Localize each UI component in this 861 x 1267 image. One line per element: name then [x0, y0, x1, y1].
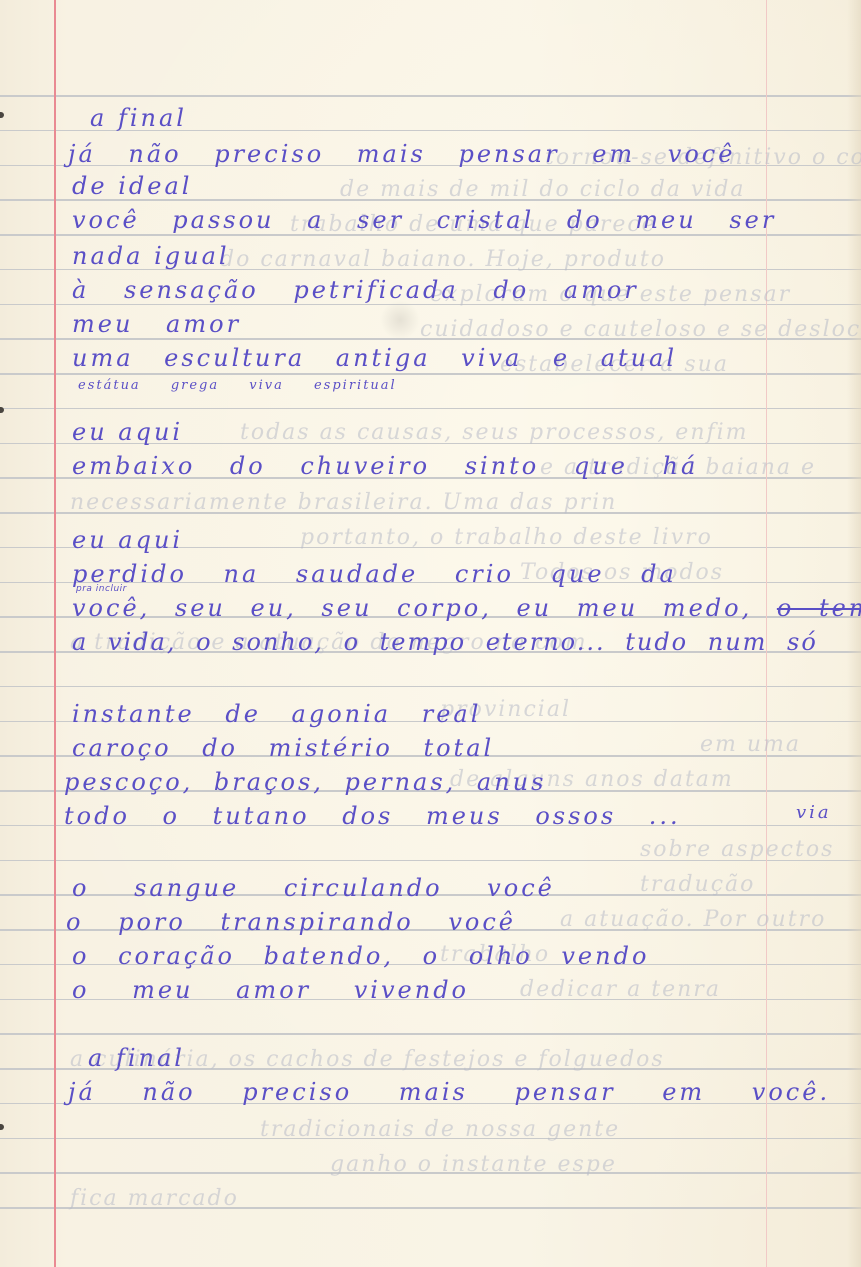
margin-annotation: estátua grega viva espiritual — [78, 378, 397, 393]
poem-line: já não preciso mais pensar em você — [68, 140, 735, 168]
poem-line: eu aqui — [72, 526, 183, 554]
poem-line: meu amor — [72, 310, 241, 338]
bleed-through-text: portanto, o trabalho deste livro — [300, 525, 713, 550]
bleed-through-text: de mais de mil do ciclo da vida — [340, 177, 746, 202]
bleed-through-text: em uma — [700, 732, 801, 757]
left-margin-line — [54, 0, 56, 1267]
bleed-through-text: a atuação. Por outro — [560, 907, 826, 932]
poem-line: eu aqui — [72, 418, 183, 446]
notebook-page: tornou-se definitivo o consolidação de 8… — [0, 0, 861, 1267]
paper-smudge — [380, 300, 420, 340]
page-edge-shadow — [847, 0, 861, 1267]
poem-line: o sangue circulando você — [72, 874, 555, 902]
poem-line: a vida, o sonho, o tempo eterno... tudo … — [72, 628, 818, 656]
bleed-through-text: cuidadoso e cauteloso e se desloca — [420, 317, 861, 342]
poem-line: o coração batendo, o olho vendo — [72, 942, 649, 970]
bleed-through-text: necessariamente brasileira. Uma das prin — [70, 490, 617, 515]
insertion-note: pra incluir — [76, 584, 127, 594]
bleed-through-text: do carnaval baiano. Hoje, produto — [220, 247, 666, 272]
binder-hole-mark — [0, 1124, 4, 1130]
poem-line: perdido na saudade crio que da — [72, 560, 677, 588]
poem-line: pescoço, braços, pernas, anus — [64, 768, 546, 796]
ruled-line — [0, 95, 861, 97]
bleed-through-text: ganho o instante espe — [330, 1152, 617, 1177]
poem-line-fragment: via — [796, 802, 832, 823]
poem-line: a final — [88, 1044, 185, 1072]
binder-hole-mark — [0, 407, 4, 413]
poem-line: o meu amor vivendo — [72, 976, 469, 1004]
poem-line: já não preciso mais pensar em você. — [68, 1078, 830, 1106]
bleed-through-text: fica marcado — [70, 1186, 239, 1211]
ruled-line — [0, 1033, 861, 1035]
poem-line: instante de agonia real — [72, 700, 481, 728]
binder-hole-mark — [0, 112, 4, 118]
ruled-line — [0, 408, 861, 410]
bleed-through-text: dedicar a tenra — [520, 977, 721, 1002]
struck-text: o tempo — [777, 594, 861, 622]
bleed-through-text: tradicionais de nossa gente — [260, 1117, 620, 1142]
poem-line-text: você, seu eu, seu corpo, eu meu medo, — [72, 594, 752, 622]
poem-line: embaixo do chuveiro sinto que há — [72, 452, 698, 480]
poem-line: a final — [90, 104, 187, 132]
poem-line: todo o tutano dos meus ossos ... — [64, 802, 681, 830]
poem-line: nada igual — [72, 242, 230, 270]
poem-line: caroço do mistério total — [72, 734, 494, 762]
poem-line: uma escultura antiga viva e atual — [72, 344, 677, 372]
poem-line: de ideal — [72, 172, 192, 200]
bleed-through-text: tradução — [640, 872, 755, 897]
poem-line: à sensação petrificada do amor — [72, 276, 639, 304]
bleed-through-text: sobre aspectos — [640, 837, 834, 862]
poem-line: você, seu eu, seu corpo, eu meu medo, o … — [72, 594, 861, 622]
ruled-line — [0, 686, 861, 688]
poem-line: o poro transpirando você — [66, 908, 516, 936]
ruled-line — [0, 373, 861, 375]
bleed-through-text: todas as causas, seus processos, enfim — [240, 420, 749, 445]
poem-line: você passou a ser cristal do meu ser — [72, 206, 776, 234]
